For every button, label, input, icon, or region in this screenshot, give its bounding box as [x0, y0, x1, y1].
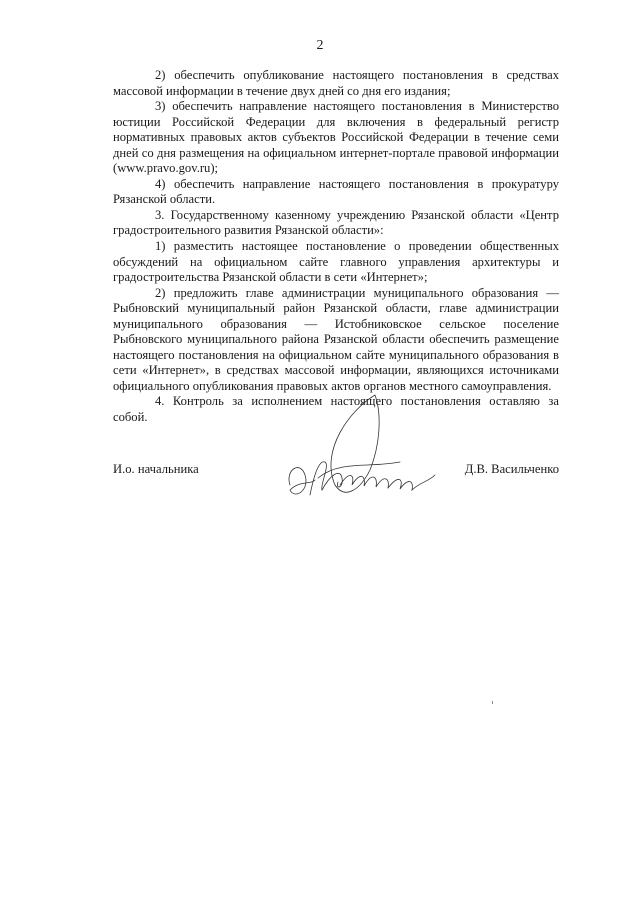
signatory-role: И.о. начальника	[113, 462, 199, 477]
paragraph-item-4-prosecutor: 4) обеспечить направление настоящего пос…	[113, 177, 559, 208]
paragraph-section-3-item-2: 2) предложить главе администрации муници…	[113, 286, 559, 395]
page-number: 2	[0, 38, 640, 54]
paragraph-item-2-publication: 2) обеспечить опубликование настоящего п…	[113, 68, 559, 99]
signature-block: И.о. начальника Д.В. Васильченко	[113, 462, 559, 502]
scan-artifact	[492, 701, 493, 704]
paragraph-section-3: 3. Государственному казенному учреждению…	[113, 208, 559, 239]
signatory-name: Д.В. Васильченко	[465, 462, 559, 477]
paragraph-item-3-ministry-justice: 3) обеспечить направление настоящего пос…	[113, 99, 559, 177]
document-body: 2) обеспечить опубликование настоящего п…	[113, 68, 559, 426]
paragraph-section-3-item-1: 1) разместить настоящее постановление о …	[113, 239, 559, 286]
